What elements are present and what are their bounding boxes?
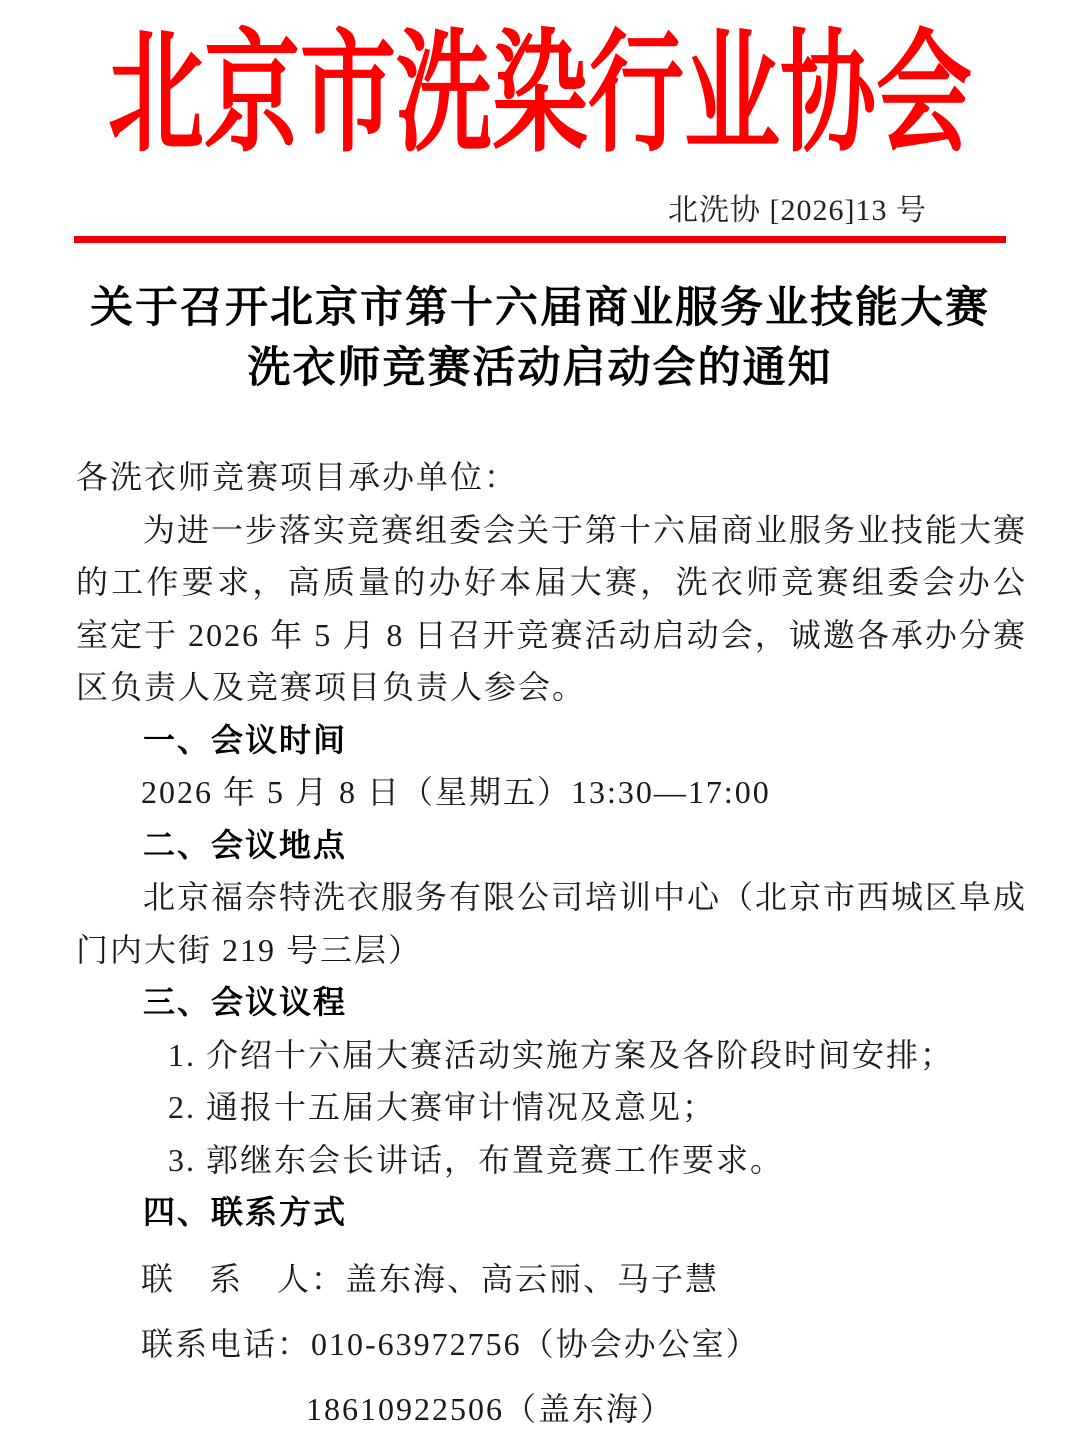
- agenda-item-1: 1. 介绍十六届大赛活动实施方案及各阶段时间安排；: [76, 1029, 1027, 1082]
- salutation: 各洗衣师竞赛项目承办单位：: [76, 451, 1027, 504]
- section-heading-meeting-place: 二、会议地点: [76, 819, 1027, 872]
- meeting-place-value: 北京福奈特洗衣服务有限公司培训中心（北京市西城区阜成门内大街 219 号三层）: [76, 871, 1027, 976]
- contact-persons: 联 系 人：盖东海、高云丽、马子慧: [76, 1247, 1027, 1312]
- doc-body: 各洗衣师竞赛项目承办单位： 为进一步落实竞赛组委会关于第十六届商业服务业技能大赛…: [76, 451, 1027, 1442]
- intro-paragraph: 为进一步落实竞赛组委会关于第十六届商业服务业技能大赛的工作要求，高质量的办好本届…: [76, 504, 1027, 714]
- section-heading-contact: 四、联系方式: [76, 1186, 1027, 1239]
- red-divider-line: [74, 236, 1006, 243]
- doc-title: 关于召开北京市第十六届商业服务业技能大赛 洗衣师竞赛活动启动会的通知: [0, 279, 1080, 399]
- letterhead: 北京市洗染行业协会: [0, 34, 1080, 172]
- doc-title-line2: 洗衣师竞赛活动启动会的通知: [0, 339, 1080, 399]
- org-name-title: 北京市洗染行业协会: [108, 27, 972, 162]
- section-heading-agenda: 三、会议议程: [76, 976, 1027, 1029]
- meeting-time-value: 2026 年 5 月 8 日（星期五）13:30—17:00: [76, 766, 1027, 819]
- official-notice-document: 北京市洗染行业协会 北洗协 [2026]13 号 关于召开北京市第十六届商业服务…: [0, 0, 1080, 1450]
- agenda-item-3: 3. 郭继东会长讲话，布置竞赛工作要求。: [76, 1134, 1027, 1187]
- contact-phone-office: 联系电话：010-63972756（协会办公室）: [76, 1312, 1027, 1377]
- section-heading-meeting-time: 一、会议时间: [76, 714, 1027, 767]
- doc-title-line1: 关于召开北京市第十六届商业服务业技能大赛: [0, 279, 1080, 339]
- agenda-item-2: 2. 通报十五届大赛审计情况及意见；: [76, 1081, 1027, 1134]
- document-number: 北洗协 [2026]13 号: [0, 194, 1080, 228]
- contact-phone-mobile: 18610922506（盖东海）: [76, 1377, 1027, 1442]
